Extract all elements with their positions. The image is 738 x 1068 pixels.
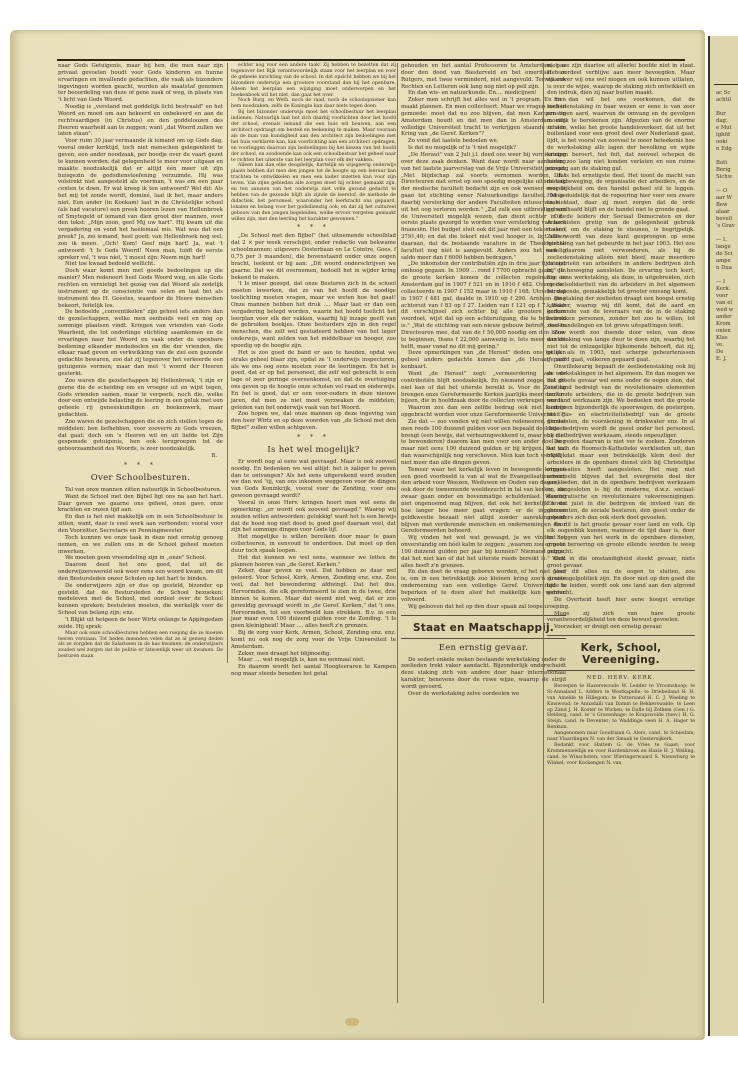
paragraph: Moge zij zich van hare groote verantwoor…: [547, 611, 695, 625]
article-title: Over Schoolbesturen.: [58, 473, 223, 483]
paragraph: Dit is het ernstigste deel. Het toont de…: [547, 173, 695, 214]
paragraph: Bij het bizonder onderwijs moet het scho…: [231, 110, 396, 163]
paper-stain: [345, 1018, 359, 1026]
paragraph: „De Heraut" van 2 Juli j.l. deed ons wee…: [401, 152, 566, 262]
paragraph: Het is zoo goed de band er aan te houden…: [231, 350, 396, 412]
paragraph: Dit de leiders der Sociaal Democraten en…: [547, 214, 695, 296]
section-rule: [547, 635, 695, 636]
paragraph: niet, we zijn daartoe uit allerlei hoofd…: [547, 63, 695, 97]
column-4: niet, we zijn daartoe uit allerlei hoofd…: [547, 63, 695, 767]
paragraph: Onwillekeurig bepaalt de zeeliedenstakin…: [547, 364, 695, 439]
paragraph: Er wordt nog al eens wat gevraagd. Maar …: [231, 459, 396, 500]
paragraph: Zeker, daar geven ze veel. Dat hebben ze…: [231, 568, 396, 630]
paragraph: Want „de Heraut" zegt: „vermeerdering va…: [401, 371, 566, 405]
paragraph: „De inkomsten der contributiën zijn in d…: [401, 261, 566, 350]
asterism-divider: * * *: [231, 435, 396, 441]
adjacent-page-edge: ac Sc achtil Bur dag: e Mut ighfd ooki n…: [708, 36, 738, 1036]
paragraph: Noch Burg. en Weth. noch de raad, noch d…: [231, 98, 396, 110]
paragraph: Zoo wordt zoo doende door velen, van dez…: [547, 330, 695, 364]
paragraph: Maar ook onze schoolbesturen hebben een …: [58, 631, 223, 661]
paragraph: De bedoelde „conventikelen" zijn geheel …: [58, 309, 223, 377]
column-1: naar Gods Getuigenis, maar bij hen, die …: [58, 63, 223, 660]
paragraph: En dan is het niet makkelijk om in een S…: [58, 514, 223, 535]
asterism-divider: * * *: [58, 463, 223, 469]
paragraph: Over de werkstaking zelve oordeelen we: [401, 691, 566, 698]
paragraph: Maar .... wat mogelijk is, kan nu eenmaa…: [231, 657, 396, 664]
paragraph: De staking der zeelieden draagt een hoog…: [547, 296, 695, 330]
paragraph: De reden daarvan is niet ver te zoeken. …: [547, 439, 695, 521]
paragraph: naar Gods Getuigenis, maar bij hen, die …: [58, 63, 223, 104]
column-2: echter nog voor een andere taak! Zij heb…: [231, 63, 396, 678]
paragraph: Voorzeker, er dreigt een ernstig gevaar.: [547, 624, 695, 631]
paragraph: Temeer waar het kerkelijk leven in beweg…: [401, 467, 566, 535]
paragraph: Bedankt voor Hattem G. de Vries te Gaast…: [547, 743, 695, 767]
paragraph: echter nog voor een andere taak! Zij heb…: [231, 63, 396, 98]
paragraph: De sedert enkele weken bestaande werksta…: [401, 657, 566, 691]
paragraph: Alleen kan dan elke deugdelijk, hartelij…: [231, 163, 396, 222]
paragraph: Het mogelijke is willen bereiken door ma…: [231, 534, 396, 555]
adjacent-page-text: ac Sc achtil Bur dag: e Mut ighfd ooki n…: [710, 36, 738, 363]
paragraph: Zie dat — zoo vonden wij niet willen red…: [401, 419, 566, 467]
paragraph: 't Is miser gezegd, dat onze Besturen zi…: [231, 281, 396, 349]
article-title: Een ernstig gevaar.: [401, 643, 566, 653]
paragraph: Tal van onze mannen zitten natuurlijk in…: [58, 487, 223, 494]
paragraph: Bij de zorg voor Kerk, Armen, School, Ze…: [231, 630, 396, 651]
paragraph: Noodig is „verstand met goddelijk licht …: [58, 104, 223, 138]
author-signature: B.: [58, 453, 217, 460]
paragraph: „De School met den Bijbel" (het uitnemen…: [231, 233, 396, 281]
paragraph: En dan wis- en natuurkunde. En.... medic…: [401, 90, 566, 97]
paragraph: Vooral in onze Herv. kringen hoort men w…: [231, 500, 396, 534]
paragraph: Zeker men schrijft het alles wel in 't p…: [401, 97, 566, 138]
column-separator: [397, 63, 398, 1003]
paragraph: Aangenomen naar Goudriaan G. Alers, cand…: [547, 731, 695, 743]
paragraph: En dit is het groote gevaar voor land en…: [547, 522, 695, 556]
section-heading: Staat en Maatschappij.: [401, 622, 566, 634]
paragraph: Zoo waren de gezelschappen die en zich s…: [58, 419, 223, 453]
paragraph: Ook in die omstandigheid steekt gevaar, …: [547, 556, 695, 570]
paragraph: Beroepen te Hazerswoude W. Ledder te Vro…: [547, 684, 695, 731]
paragraph: 't Blijkt uit hetgeen de heer Wirtz onla…: [58, 617, 223, 631]
paragraph: En daarom wordt het aantal Hoogleeraren …: [231, 664, 396, 678]
paragraph: Wij gelooven dat het op den duur spaak z…: [401, 604, 566, 611]
paragraph: gehouden en het aantal Professoren te Am…: [401, 63, 566, 90]
paragraph: Voor ruim 30 jaar vermaande ik iemand om…: [58, 138, 223, 261]
adjacent-page-rule: [714, 84, 738, 85]
paragraph: Zoo hopen we, dat onze mannen op deze in…: [231, 411, 396, 432]
column-3: gehouden en het aantal Professoren te Am…: [401, 63, 566, 698]
paragraph: Het dat kunnen we wel eens, wanneer we l…: [231, 555, 396, 569]
paragraph: Deze opmerkingen van „de Heraut" deden o…: [401, 350, 566, 371]
paragraph: Waarom zou dan een zelfde bedrag ook nie…: [401, 405, 566, 419]
subsection-heading: NED. HERV. KERK.: [547, 675, 695, 682]
paragraph: We moeten geen vreemdeling zijn in „onze…: [58, 555, 223, 562]
section-heading: Kerk, School, Vereeniging.: [547, 642, 695, 666]
paragraph: En dan wil het ons voorkomen, dat de zee…: [547, 97, 695, 172]
paragraph: Wij vinden het wel wat gewaagd, ja we vi…: [401, 535, 566, 569]
paragraph: Niet toe kwaad bedoeld wellicht.: [58, 261, 223, 268]
asterism-divider: * * *: [231, 225, 396, 231]
paragraph: Is dat nu mogelijk of is 't niet mogelij…: [401, 145, 566, 152]
paragraph: Want de School met den Bijbel ligt ons n…: [58, 494, 223, 515]
paragraph: Zo vond dat laatste bedoelen we.: [401, 138, 566, 145]
column-separator: [227, 63, 228, 663]
column-separator: [543, 63, 544, 1003]
paragraph: En dan doet de vraag geboren worden, of …: [401, 569, 566, 603]
paragraph: Voor dit alles nu de oogen te sluiten, z…: [547, 569, 695, 596]
article-title: Is het wel mogelijk?: [231, 445, 396, 455]
paragraph: Zeker, men draagt het blijmoedig.: [231, 651, 396, 658]
section-rule: [547, 670, 695, 671]
paragraph: Toch kunnen we onze taak in deze niet er…: [58, 535, 223, 556]
paragraph: De Overheid heeft hier eene hoogst ernst…: [547, 597, 695, 611]
paragraph: Doch waar komt men met goede bedoelingen…: [58, 268, 223, 309]
paragraph: Zoo waren die gezelschappen bij Hellenbr…: [58, 378, 223, 419]
section-rule: [401, 615, 566, 616]
paragraph: De onderwijzers zijn er dus op gesteld, …: [58, 583, 223, 617]
header-rule: [57, 59, 685, 61]
paragraph: Daarom deed het ons goed, dat uit de ond…: [58, 562, 223, 583]
section-rule: [401, 638, 566, 639]
